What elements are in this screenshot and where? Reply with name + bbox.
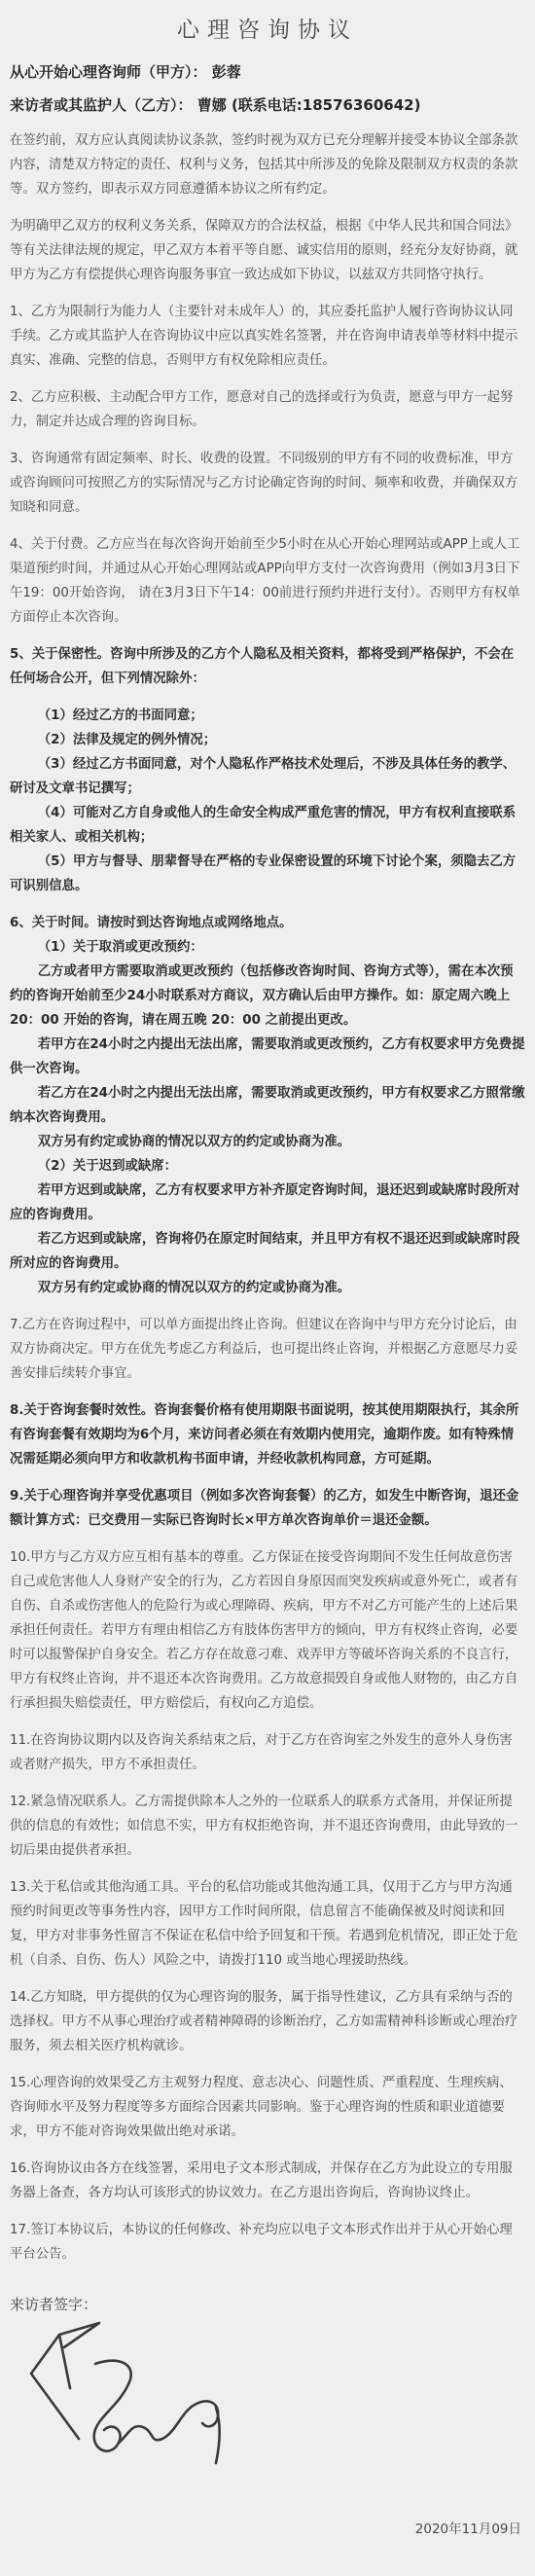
clause-5-item-3: （3）经过乙方书面同意，对个人隐私作严格技术处理后，不涉及具体任务的教学、研讨及… — [10, 752, 525, 801]
clause-5-item-1: （1）经过乙方的书面同意； — [10, 704, 525, 728]
clause-5: 5、关于保密性。咨询中所涉及的乙方个人隐私及相关资料，都将受到严格保护，不会在任… — [10, 642, 525, 691]
agreement-date: 2020年11月09日 — [10, 2518, 525, 2537]
intro-paragraph-1: 在签约前，双方应认真阅读协议条款，签约时视为双方已充分理解并接受本协议全部条款内… — [10, 128, 525, 201]
clause-6-item-2-detail-3: 双方另有约定或协商的情况以双方的约定或协商为准。 — [10, 1276, 525, 1300]
clause-5-item-5: （5）甲方与督导、朋辈督导在严格的专业保密设置的环境下讨论个案，须隐去乙方可识别… — [10, 850, 525, 898]
clause-6-item-2-detail-2: 若乙方迟到或缺席，咨询将仍在原定时间结束，并且甲方有权不退还迟到或缺席时段所对应… — [10, 1227, 525, 1276]
clause-9: 9.关于心理咨询并享受优惠项目（例如多次咨询套餐）的乙方，如发生中断咨询，退还金… — [10, 1484, 525, 1533]
clause-15: 15.心理咨询的效果受乙方主观努力程度、意志决心、问题性质、严重程度、生理疾病、… — [10, 2071, 525, 2144]
clause-8: 8.关于咨询套餐时效性。咨询套餐价格有使用期限书面说明，按其使用期限执行，其余所… — [10, 1398, 525, 1471]
clause-4: 4、关于付费。乙方应当在每次咨询开始前至少5小时在从心开始心理网站或APP上或人… — [10, 532, 525, 630]
signature-label: 来访者签字： — [10, 2294, 525, 2314]
clause-6-item-2: （2）关于迟到或缺席： — [10, 1154, 525, 1179]
counselor-party-line: 从心开始心理咨询师（甲方）： 彭蓉 — [10, 61, 525, 83]
clause-7: 7.乙方在咨询过程中，可以单方面提出终止咨询。但建议在咨询中与甲方充分讨论后，由… — [10, 1313, 525, 1386]
clause-2: 2、乙方应积极、主动配合甲方工作，愿意对自己的选择或行为负责，愿意与甲方一起努力… — [10, 385, 525, 434]
intro-paragraph-2: 为明确甲乙双方的权利义务关系，保障双方的合法权益，根据《中华人民共和国合同法》等… — [10, 214, 525, 287]
clause-17: 17.签订本协议后，本协议的任何修改、补充均应以电子文本形式作出并于从心开始心理… — [10, 2218, 525, 2267]
clause-10: 10.甲方与乙方双方应互相有基本的尊重。乙方保证在接受咨询期间不发生任何故意伤害… — [10, 1545, 525, 1716]
clause-3: 3、咨询通常有固定频率、时长、收费的设置。不同级别的甲方有不同的收费标准，甲方或… — [10, 447, 525, 520]
clause-6-item-1-detail-2: 若甲方在24小时之内提出无法出席，需要取消或更改预约，乙方有权要求甲方免费提供一… — [10, 1033, 525, 1081]
clause-6-item-1-detail-1: 乙方或者甲方需要取消或更改预约（包括修改咨询时间、咨询方式等），需在本次预约的咨… — [10, 960, 525, 1033]
agreement-document: 心理咨询协议 从心开始心理咨询师（甲方）： 彭蓉 来访者或其监护人（乙方）： 曹… — [0, 0, 535, 2576]
visitor-signature-scribble — [27, 2320, 251, 2471]
page-title: 心理咨询协议 — [10, 12, 525, 44]
clause-6-item-1: （1）关于取消或更改预约： — [10, 935, 525, 960]
clause-6: 6、关于时间。请按时到达咨询地点或网络地点。 — [10, 911, 525, 935]
clause-16: 16.咨询协议由各方在线签署，采用电子文本形式制成，并保存在乙方为此设立的专用服… — [10, 2157, 525, 2205]
clause-6-item-2-detail-1: 若甲方迟到或缺席，乙方有权要求甲方补齐原定咨询时间，退还迟到或缺席时段所对应的咨… — [10, 1179, 525, 1227]
clause-13: 13.关于私信或其他沟通工具。平台的私信功能或其他沟通工具，仅用于乙方与甲方沟通… — [10, 1875, 525, 1973]
clause-11: 11.在咨询协议期内以及咨询关系结束之后，对于乙方在咨询室之外发生的意外人身伤害… — [10, 1728, 525, 1777]
clause-5-item-2: （2）法律及规定的例外情况； — [10, 728, 525, 752]
clause-12: 12.紧急情况联系人。乙方需提供除本人之外的一位联系人的联系方式备用，并保证所提… — [10, 1790, 525, 1863]
clause-6-item-1-detail-3: 若乙方在24小时之内提出无法出席，需要取消或更改预约，甲方有权要求乙方照常缴纳本… — [10, 1081, 525, 1130]
clause-14: 14.乙方知晓，甲方提供的仅为心理咨询的服务，属于指导性建议，乙方具有采纳与否的… — [10, 1985, 525, 2058]
signature-section: 来访者签字： — [10, 2294, 525, 2471]
clause-5-item-4: （4）可能对乙方自身或他人的生命安全构成严重危害的情况，甲方有权利直接联系相关家… — [10, 801, 525, 850]
clause-1: 1、乙方为限制行为能力人（主要针对未成年人）的，其应委托监护人履行咨询协议认同手… — [10, 300, 525, 373]
visitor-party-line: 来访者或其监护人（乙方）： 曹娜 (联系电话:18576360642) — [10, 94, 525, 116]
clause-6-item-1-detail-4: 双方另有约定或协商的情况以双方的约定或协商为准。 — [10, 1130, 525, 1154]
